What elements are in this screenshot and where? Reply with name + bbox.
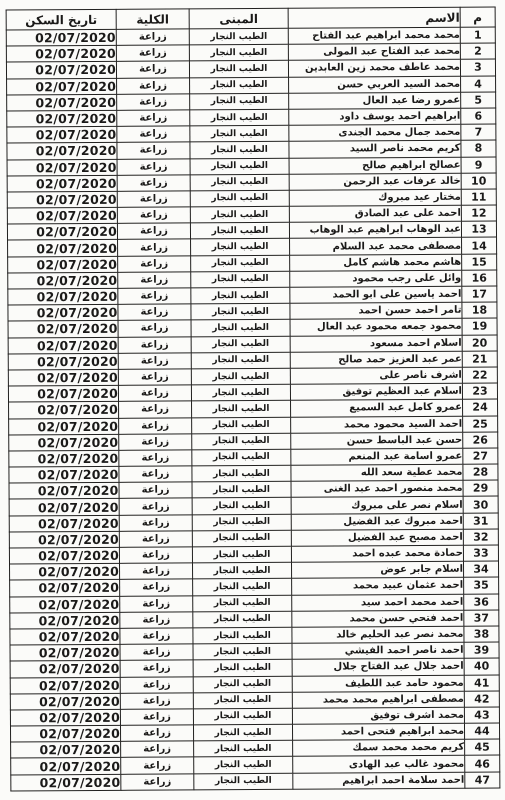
student-name: ابراهيم احمد يوسف داود xyxy=(289,108,461,125)
student-name: احمد عثمان عبيد محمد xyxy=(292,578,464,595)
residence-date: 02/07/2020 xyxy=(9,515,119,532)
college-name: زراعة xyxy=(118,369,191,386)
residence-date: 02/07/2020 xyxy=(7,110,117,127)
building-name: الطيب النجار xyxy=(191,320,290,337)
student-name: محمد جمال محمد الجندى xyxy=(289,124,461,141)
residence-date: 02/07/2020 xyxy=(7,94,117,111)
building-name: الطيب النجار xyxy=(193,676,292,693)
residence-date: 02/07/2020 xyxy=(10,709,120,726)
residence-date: 02/07/2020 xyxy=(10,596,120,613)
college-name: زراعة xyxy=(118,336,191,353)
student-name: محمد منصور احمد عبد الغنى xyxy=(291,480,463,497)
college-name: زراعة xyxy=(119,401,192,418)
row-number: 13 xyxy=(461,221,496,237)
student-name: اسلام نصر على مبروك xyxy=(291,497,463,514)
student-name: محمود غالب عبد الهادى xyxy=(293,756,465,773)
building-name: الطيب النجار xyxy=(192,417,291,434)
residence-date: 02/07/2020 xyxy=(10,644,120,661)
building-name: الطيب النجار xyxy=(191,287,290,304)
row-number: 38 xyxy=(464,626,499,642)
student-name: عمر عبد العزيز حمد صالح xyxy=(290,351,462,368)
residence-date: 02/07/2020 xyxy=(6,29,116,46)
building-name: الطيب النجار xyxy=(192,433,291,450)
row-number: 8 xyxy=(461,140,496,156)
row-number: 29 xyxy=(463,480,498,496)
row-number: 2 xyxy=(460,43,495,59)
student-name: احمد جلال عبد الفتاح جلال xyxy=(292,659,464,676)
residence-date: 02/07/2020 xyxy=(7,175,117,192)
college-name: زراعة xyxy=(120,595,193,612)
student-name: عمرو كامل عبد السميع xyxy=(291,400,463,417)
student-name: كريم محمد محمد سمك xyxy=(293,739,465,756)
header-building: المبنى xyxy=(189,8,288,29)
student-name: عمرو رضا عبد العال xyxy=(289,92,461,109)
row-number: 14 xyxy=(462,237,497,253)
table-row: 47 احمد سلامة احمد ابراهيم الطيب النجار … xyxy=(11,772,500,791)
student-name: محمود حامد عبد اللطيف xyxy=(292,675,464,692)
college-name: زراعة xyxy=(120,676,193,693)
student-name: مختار عيد مبروك xyxy=(289,189,461,206)
college-name: زراعة xyxy=(120,563,193,580)
college-name: زراعة xyxy=(118,272,191,289)
student-name: كريم محمد ناصر السيد xyxy=(289,141,461,158)
student-name: احمد سلامة احمد ابراهيم xyxy=(293,772,465,789)
building-name: الطيب النجار xyxy=(191,271,290,288)
student-name: محمد ابراهيم فتحى احمد xyxy=(292,723,464,740)
student-name: محمد محمد ابراهيم عبد الفتاح xyxy=(288,27,460,44)
residence-date: 02/07/2020 xyxy=(10,580,120,597)
student-name: محمد عطية سعد الله xyxy=(291,464,463,481)
building-name: الطيب النجار xyxy=(190,206,289,223)
college-name: زراعة xyxy=(120,725,193,742)
student-name: محمد عبد الفتاح عبد المولى xyxy=(288,43,460,60)
residence-date: 02/07/2020 xyxy=(6,62,116,79)
college-name: زراعة xyxy=(117,223,190,240)
residence-date: 02/07/2020 xyxy=(7,143,117,160)
residence-date: 02/07/2020 xyxy=(10,564,120,581)
college-name: زراعة xyxy=(118,288,191,305)
residence-date: 02/07/2020 xyxy=(11,742,121,759)
building-name: الطيب النجار xyxy=(192,546,291,563)
row-number: 9 xyxy=(461,157,496,173)
building-name: الطيب النجار xyxy=(193,627,292,644)
residence-date: 02/07/2020 xyxy=(8,288,118,305)
student-name: احمد ناصر احمد الفيشي xyxy=(292,642,464,659)
building-name: الطيب النجار xyxy=(190,93,289,110)
student-name: محمد نصر عبد الحليم خالد xyxy=(292,626,464,643)
row-number: 46 xyxy=(465,755,500,771)
row-number: 24 xyxy=(463,399,498,415)
building-name: الطيب النجار xyxy=(191,384,290,401)
student-name: هاشم محمد هاشم كامل xyxy=(290,254,462,271)
row-number: 25 xyxy=(463,416,498,432)
college-name: زراعة xyxy=(117,110,190,127)
student-name: وائل على رجب محمود xyxy=(290,270,462,287)
building-name: الطيب النجار xyxy=(191,255,290,272)
college-name: زراعة xyxy=(117,175,190,192)
row-number: 37 xyxy=(464,610,499,626)
college-name: زراعة xyxy=(119,434,192,451)
building-name: الطيب النجار xyxy=(194,773,293,790)
student-name: حمادة محمد عبده احمد xyxy=(291,545,463,562)
college-name: زراعة xyxy=(118,353,191,370)
student-name: احمد محمد احمد سيد xyxy=(292,594,464,611)
building-name: الطيب النجار xyxy=(193,595,292,612)
college-name: زراعة xyxy=(120,644,193,661)
row-number: 47 xyxy=(465,772,500,789)
college-name: زراعة xyxy=(118,256,191,273)
building-name: الطيب النجار xyxy=(192,514,291,531)
residence-date: 02/07/2020 xyxy=(8,337,118,354)
college-name: زراعة xyxy=(120,628,193,645)
student-name: احمد مبروك عبد الفضيل xyxy=(291,513,463,530)
college-name: زراعة xyxy=(119,547,192,564)
building-name: الطيب النجار xyxy=(190,174,289,191)
building-name: الطيب النجار xyxy=(192,449,291,466)
student-name: احمد ياسين على ابو الحمد xyxy=(290,286,462,303)
building-name: الطيب النجار xyxy=(190,142,289,159)
student-name: مصطفى ابراهيم محمد محمد xyxy=(292,691,464,708)
row-number: 12 xyxy=(461,205,496,221)
residence-date: 02/07/2020 xyxy=(9,499,119,516)
row-number: 19 xyxy=(462,318,497,334)
residence-date: 02/07/2020 xyxy=(10,693,120,710)
building-name: الطيب النجار xyxy=(191,368,290,385)
header-number: م xyxy=(460,7,495,27)
building-name: الطيب النجار xyxy=(189,44,288,61)
student-name: محمود جمعه محمود عبد العال xyxy=(290,319,462,336)
college-name: زراعة xyxy=(119,482,192,499)
college-name: زراعة xyxy=(118,320,191,337)
row-number: 35 xyxy=(464,577,499,593)
residence-date: 02/07/2020 xyxy=(7,126,117,143)
row-number: 23 xyxy=(462,383,497,399)
row-number: 36 xyxy=(464,594,499,610)
row-number: 45 xyxy=(465,739,500,755)
document-page: م الاسم المبنى الكلية تاريخ السكن 1 محمد… xyxy=(0,0,505,800)
college-name: زراعة xyxy=(120,612,193,629)
residence-date: 02/07/2020 xyxy=(8,353,118,370)
row-number: 26 xyxy=(463,432,498,448)
college-name: زراعة xyxy=(121,773,194,790)
student-name: خالد عرفات عبد الرحمن xyxy=(289,173,461,190)
college-name: زراعة xyxy=(119,466,192,483)
residence-date: 02/07/2020 xyxy=(8,240,118,257)
row-number: 22 xyxy=(462,367,497,383)
row-number: 4 xyxy=(461,76,496,92)
student-name: اسلام جابر عوض xyxy=(291,561,463,578)
building-name: الطيب النجار xyxy=(193,724,292,741)
college-name: زراعة xyxy=(117,207,190,224)
building-name: الطيب النجار xyxy=(193,611,292,628)
row-number: 28 xyxy=(463,464,498,480)
row-number: 3 xyxy=(460,59,495,75)
row-number: 39 xyxy=(464,642,499,658)
header-college: الكلية xyxy=(116,9,189,29)
college-name: زراعة xyxy=(117,77,190,94)
college-name: زراعة xyxy=(117,142,190,159)
college-name: زراعة xyxy=(119,514,192,531)
residence-date: 02/07/2020 xyxy=(8,385,118,402)
header-move-date: تاريخ السكن xyxy=(6,9,116,30)
building-name: الطيب النجار xyxy=(191,336,290,353)
college-name: زراعة xyxy=(118,385,191,402)
building-name: الطيب النجار xyxy=(190,223,289,240)
residence-date: 02/07/2020 xyxy=(9,450,119,467)
building-name: الطيب النجار xyxy=(191,303,290,320)
college-name: زراعة xyxy=(120,709,193,726)
building-name: الطيب النجار xyxy=(193,579,292,596)
residence-date: 02/07/2020 xyxy=(10,725,120,742)
college-name: زراعة xyxy=(119,450,192,467)
residence-date: 02/07/2020 xyxy=(10,661,120,678)
residence-date: 02/07/2020 xyxy=(7,224,117,241)
building-name: الطيب النجار xyxy=(190,125,289,142)
college-name: زراعة xyxy=(117,191,190,208)
table-body: 1 محمد محمد ابراهيم عبد الفتاح الطيب الن… xyxy=(6,27,500,791)
residence-date: 02/07/2020 xyxy=(7,78,117,95)
college-name: زراعة xyxy=(116,29,189,46)
college-name: زراعة xyxy=(116,45,189,62)
row-number: 5 xyxy=(461,92,496,108)
college-name: زراعة xyxy=(120,660,193,677)
residence-date: 02/07/2020 xyxy=(6,46,116,63)
residence-date: 02/07/2020 xyxy=(11,774,121,791)
building-name: الطيب النجار xyxy=(189,61,288,78)
residence-date: 02/07/2020 xyxy=(8,321,118,338)
building-name: الطيب النجار xyxy=(190,190,289,207)
row-number: 33 xyxy=(463,545,498,561)
row-number: 18 xyxy=(462,302,497,318)
student-name: احمد فتحي حسن محمد xyxy=(292,610,464,627)
building-name: الطيب النجار xyxy=(193,692,292,709)
student-name: اشرف ناصر على xyxy=(290,367,462,384)
row-number: 31 xyxy=(463,513,498,529)
residence-date: 02/07/2020 xyxy=(7,207,117,224)
student-name: محمد السيد العربي حسن xyxy=(289,76,461,93)
residence-date: 02/07/2020 xyxy=(9,418,119,435)
student-name: مصطفى محمد عبد السلام xyxy=(290,238,462,255)
building-name: الطيب النجار xyxy=(194,741,293,758)
college-name: زراعة xyxy=(119,531,192,548)
residence-date: 02/07/2020 xyxy=(10,628,120,645)
residence-date: 02/07/2020 xyxy=(9,434,119,451)
college-name: زراعة xyxy=(117,126,190,143)
college-name: زراعة xyxy=(116,61,189,78)
student-name: عمرو اسامة عبد المنعم xyxy=(291,448,463,465)
row-number: 6 xyxy=(461,108,496,124)
building-name: الطيب النجار xyxy=(193,562,292,579)
row-number: 10 xyxy=(461,173,496,189)
residence-date: 02/07/2020 xyxy=(7,159,117,176)
row-number: 42 xyxy=(464,691,499,707)
row-number: 43 xyxy=(464,707,499,723)
residence-date: 02/07/2020 xyxy=(9,547,119,564)
row-number: 15 xyxy=(462,254,497,270)
student-name: اسلام عبد العظيم توفيق xyxy=(290,383,462,400)
building-name: الطيب النجار xyxy=(190,158,289,175)
building-name: الطيب النجار xyxy=(193,660,292,677)
building-name: الطيب النجار xyxy=(190,77,289,94)
student-name: حسن عبد الباسط حسن xyxy=(291,432,463,449)
row-number: 7 xyxy=(461,124,496,140)
building-name: الطيب النجار xyxy=(194,757,293,774)
building-name: الطيب النجار xyxy=(190,109,289,126)
student-name: عصالح ابراهيم صالح xyxy=(289,157,461,174)
college-name: زراعة xyxy=(121,741,194,758)
residence-date: 02/07/2020 xyxy=(7,191,117,208)
row-number: 44 xyxy=(464,723,499,739)
college-name: زراعة xyxy=(119,417,192,434)
row-number: 34 xyxy=(463,561,498,577)
student-name: محمد عاطف محمد زين العابدين xyxy=(288,60,460,77)
residence-date: 02/07/2020 xyxy=(8,305,118,322)
student-name: محمد اشرف توفيق xyxy=(292,707,464,724)
residence-date: 02/07/2020 xyxy=(11,758,121,775)
college-name: زراعة xyxy=(117,158,190,175)
building-name: الطيب النجار xyxy=(192,465,291,482)
building-name: الطيب النجار xyxy=(193,708,292,725)
residence-date: 02/07/2020 xyxy=(10,612,120,629)
residence-date: 02/07/2020 xyxy=(8,369,118,386)
residence-date: 02/07/2020 xyxy=(10,677,120,694)
residence-date: 02/07/2020 xyxy=(8,256,118,273)
row-number: 30 xyxy=(463,496,498,512)
college-name: زراعة xyxy=(118,239,191,256)
college-name: زراعة xyxy=(119,498,192,515)
building-name: الطيب النجار xyxy=(192,498,291,515)
building-name: الطيب النجار xyxy=(191,239,290,256)
row-number: 16 xyxy=(462,270,497,286)
building-name: الطيب النجار xyxy=(193,643,292,660)
residence-date: 02/07/2020 xyxy=(8,272,118,289)
college-name: زراعة xyxy=(117,94,190,111)
student-name: تامر احمد حسن احمد xyxy=(290,302,462,319)
student-name: عبد الوهاب ابراهيم عبد الوهاب xyxy=(289,221,461,238)
row-number: 27 xyxy=(463,448,498,464)
row-number: 1 xyxy=(460,27,495,43)
residence-date: 02/07/2020 xyxy=(9,483,119,500)
row-number: 40 xyxy=(464,658,499,674)
college-name: زراعة xyxy=(120,693,193,710)
row-number: 17 xyxy=(462,286,497,302)
residence-date: 02/07/2020 xyxy=(9,531,119,548)
student-name: احمد مصبح عبد الفضيل xyxy=(291,529,463,546)
student-name: اسلام احمد مسعود xyxy=(290,335,462,352)
header-name: الاسم xyxy=(288,7,460,28)
row-number: 11 xyxy=(461,189,496,205)
row-number: 41 xyxy=(464,675,499,691)
building-name: الطيب النجار xyxy=(192,482,291,499)
residence-date: 02/07/2020 xyxy=(9,402,119,419)
row-number: 21 xyxy=(462,351,497,367)
housing-residence-table: م الاسم المبنى الكلية تاريخ السكن 1 محمد… xyxy=(6,7,501,792)
student-name: احمد على عبد الصادق xyxy=(289,205,461,222)
building-name: الطيب النجار xyxy=(192,530,291,547)
building-name: الطيب النجار xyxy=(189,28,288,45)
row-number: 32 xyxy=(463,529,498,545)
row-number: 20 xyxy=(462,335,497,351)
college-name: زراعة xyxy=(118,304,191,321)
college-name: زراعة xyxy=(121,757,194,774)
building-name: الطيب النجار xyxy=(191,352,290,369)
building-name: الطيب النجار xyxy=(192,401,291,418)
residence-date: 02/07/2020 xyxy=(9,466,119,483)
college-name: زراعة xyxy=(120,579,193,596)
student-name: احمد السيد محمود محمد xyxy=(291,416,463,433)
